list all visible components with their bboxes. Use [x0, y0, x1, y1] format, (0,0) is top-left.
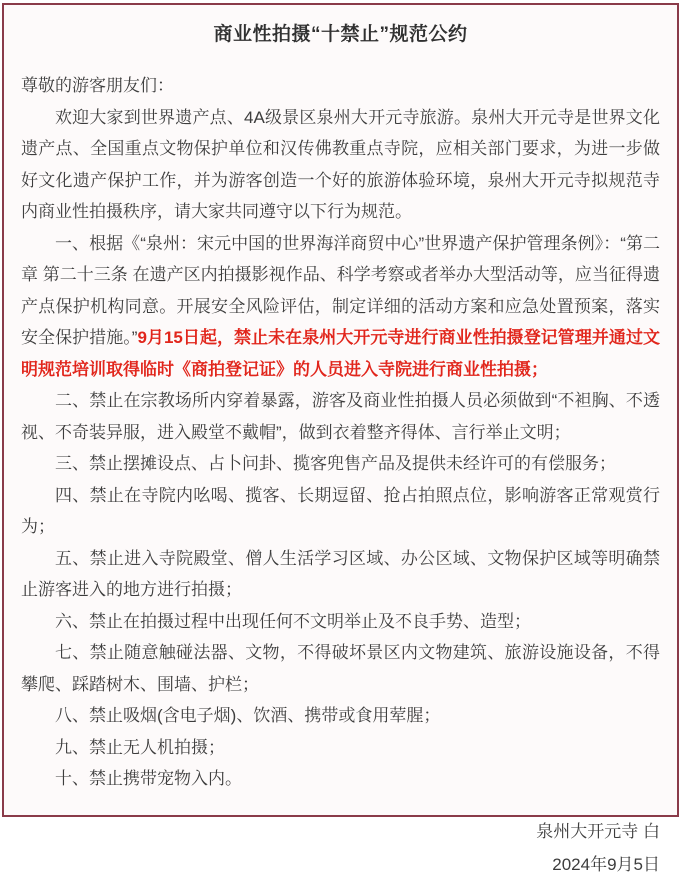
signature-block: 泉州大开元寺 白 2024年9月5日 [21, 815, 660, 825]
signature-name: 泉州大开元寺 白 [21, 815, 660, 825]
rule-2: 二、禁止在宗教场所内穿着暴露，游客及商业性拍摄人员必须做到“不袒胸、不透视、不奇… [21, 385, 660, 448]
intro-paragraph: 欢迎大家到世界遗产点、4A级景区泉州大开元寺旅游。泉州大开元寺是世界文化遗产点、… [21, 102, 660, 228]
rule-4: 四、禁止在寺院内吆喝、揽客、长期逗留、抢占拍照点位，影响游客正常观赏行为； [21, 480, 660, 543]
rule-6: 六、禁止在拍摄过程中出现任何不文明举止及不良手势、造型； [21, 606, 660, 638]
rule-7: 七、禁止随意触碰法器、文物，不得破坏景区内文物建筑、旅游设施设备，不得攀爬、踩踏… [21, 637, 660, 700]
rule-3: 三、禁止摆摊设点、占卜问卦、揽客兜售产品及提供未经许可的有偿服务； [21, 448, 660, 480]
greeting-line: 尊敬的游客朋友们： [21, 70, 660, 102]
rule-9: 九、禁止无人机拍摄； [21, 732, 660, 764]
rule-10: 十、禁止携带宠物入内。 [21, 763, 660, 795]
rule-8: 八、禁止吸烟(含电子烟)、饮酒、携带或食用荤腥； [21, 700, 660, 732]
rule-1: 一、根据《“泉州：宋元中国的世界海洋商贸中心”世界遗产保护管理条例》：“第二章 … [21, 228, 660, 386]
notice-document: 商业性拍摄“十禁止”规范公约 尊敬的游客朋友们： 欢迎大家到世界遗产点、4A级景… [2, 3, 679, 817]
rule-5: 五、禁止进入寺院殿堂、僧人生活学习区域、办公区域、文物保护区域等明确禁止游客进入… [21, 543, 660, 606]
page-title: 商业性拍摄“十禁止”规范公约 [21, 19, 660, 46]
